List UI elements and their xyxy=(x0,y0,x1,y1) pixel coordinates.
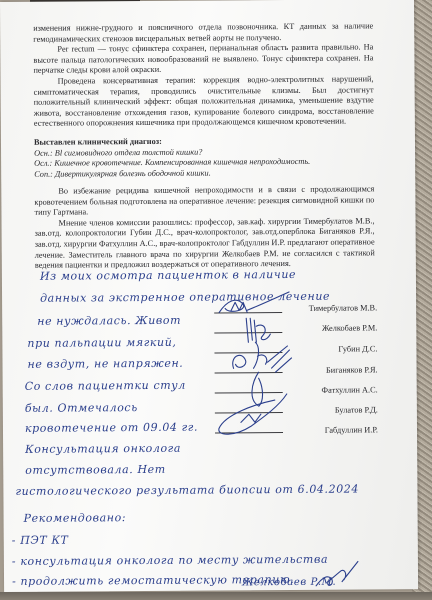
handwritten-line: не вздут, не напряжен. xyxy=(27,357,183,371)
paragraph-conservative-therapy: Проведена консервативная терапия: коррек… xyxy=(34,74,374,129)
handwritten-recommendation: - ПЭТ КТ xyxy=(12,534,69,547)
paragraph-per-rectum: Per rectum — тонус сфинктера сохранен, п… xyxy=(33,43,373,77)
handwritten-line: не нуждалась. Живот xyxy=(37,314,181,328)
handwritten-line: Из моих осмотра пациенток в наличие xyxy=(40,268,296,283)
document-bottom-edge xyxy=(0,592,432,600)
paragraph-commission-opinions: Мнение членов комиссии разошлись: профес… xyxy=(35,216,375,271)
handwritten-line: отсутствовала. Нет xyxy=(25,463,166,477)
handwritten-line: был. Отмечалось xyxy=(25,401,138,415)
handwritten-recommendations-title: Рекомендовано: xyxy=(24,511,127,525)
document-page: изменения нижне-грудного и поясничного о… xyxy=(0,0,418,592)
signature-scribble-icon xyxy=(215,370,295,441)
signatory-name: Желкобаев Р.М. xyxy=(267,323,377,333)
handwritten-line: Консультация онколога xyxy=(25,442,181,456)
diagnosis-section: Выставлен клинический диагноз: Осн.: Bl … xyxy=(34,135,374,180)
commission-decision-section: Во избежание рецидива кишечной непроходи… xyxy=(34,184,375,271)
diagnosis-concomitant: Соп.: Дивертикулярная болезнь ободочной … xyxy=(34,167,374,180)
handwritten-line: при пальпации мягкий, xyxy=(27,336,176,350)
handwritten-line: кровотечение от 09.04 гг. xyxy=(25,421,198,435)
signature-scribble-icon xyxy=(314,559,364,594)
handwritten-line: Со слов пациентки стул xyxy=(25,379,186,393)
paragraph-surgery-plan: Во избежание рецидива кишечной непроходи… xyxy=(34,184,374,218)
exam-findings-section: изменения нижне-грудного и поясничного о… xyxy=(33,21,374,129)
handwritten-recommendation: - консультация онколога по месту жительс… xyxy=(12,553,328,568)
paragraph-ct-findings: изменения нижне-грудного и поясничного о… xyxy=(33,21,373,45)
handwritten-line: гистологического результата биопсии от 6… xyxy=(15,483,359,498)
